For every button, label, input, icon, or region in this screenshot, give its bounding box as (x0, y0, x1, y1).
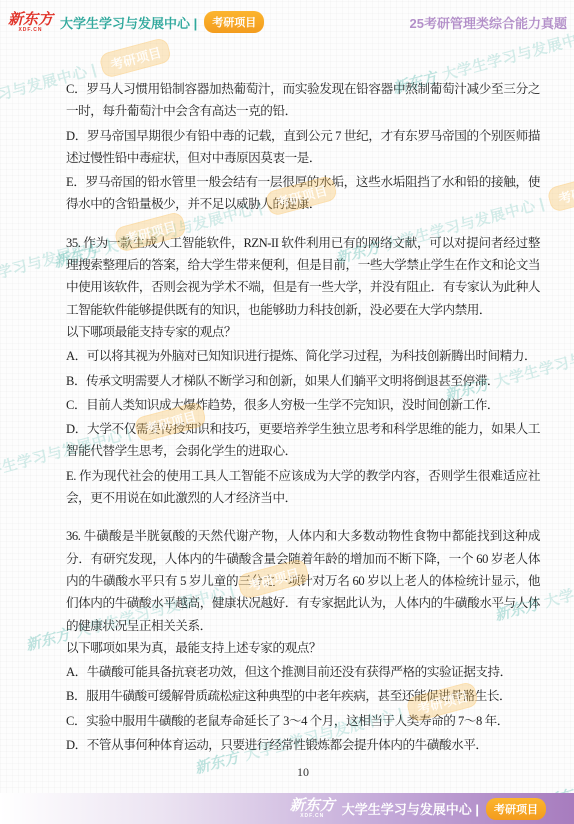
question-stem: 36. 牛磺酸是半胱氨酸的天然代谢产物，人体内和大多数动物性食物中都能找到这种成… (66, 525, 540, 636)
answer-option: E. 作为现代社会的使用工具人工智能不应该成为大学的教学内容，否则学生很难适应社… (66, 465, 540, 510)
answer-option: D．大学不仅需要传授知识和技巧，更要培养学生独立思考和科学思维的能力，如果人工智… (66, 418, 540, 463)
answer-option: B．传承文明需要人才梯队不断学习和创新，如果人们躺平文明将倒退甚至停滞． (66, 370, 540, 392)
xdf-logo-subtext: XDF.CN (300, 814, 324, 819)
answer-option: D．不管从事何种体育运动，只要进行经常性锻炼都会提升体内的牛磺酸水平． (66, 734, 540, 756)
answer-option: A．牛磺酸可能具备抗衰老功效，但这个推测目前还没有获得严格的实验证据支持． (66, 661, 540, 683)
answer-option: C．实验中服用牛磺酸的老鼠寿命延长了 3～4 个月，这相当于人类寿命的 7～8 … (66, 710, 540, 732)
question-stem: 35. 作为一款生成人工智能软件，RZN-II 软件利用已有的网络文献，可以对提… (66, 232, 540, 321)
question-prompt: 以下哪项如果为真，最能支持上述专家的观点？ (66, 637, 540, 659)
question-prompt: 以下哪项最能支持专家的观点？ (66, 321, 540, 343)
footer-org-title: 大学生学习与发展中心 | (342, 799, 479, 818)
header-org-title: 大学生学习与发展中心 | (60, 13, 197, 32)
xdf-logo: 新东方 XDF.CN (8, 12, 53, 33)
xdf-logo-text: 新东方 (290, 798, 335, 813)
xdf-logo-footer: 新东方 XDF.CN (290, 798, 335, 819)
kaoyan-project-badge: 考研项目 (204, 11, 264, 33)
xdf-logo-subtext: XDF.CN (18, 28, 42, 33)
answer-option: C．目前人类知识成大爆炸趋势，很多人穷极一生学不完知识，没时间创新工作． (66, 394, 540, 416)
exam-title: 25考研管理类综合能力真题 (410, 13, 567, 32)
xdf-logo-text: 新东方 (8, 12, 53, 27)
kaoyan-project-badge: 考研项目 (486, 798, 546, 820)
page-number: 10 (66, 765, 540, 780)
answer-option: D．罗马帝国早期很少有铅中毒的记载，直到公元 7 世纪，才有东罗马帝国的个别医师… (66, 125, 540, 170)
answer-option: B．服用牛磺酸可缓解骨质疏松症这种典型的中老年疾病，甚至还能促进骨骼生长． (66, 685, 540, 707)
exam-content: C．罗马人习惯用铅制容器加热葡萄汁，而实验发现在铅容器中熬制葡萄汁减少至三分之一… (66, 76, 540, 756)
answer-option: A．可以将其视为外脑对已知知识进行提炼、简化学习过程，为科技创新腾出时间精力． (66, 345, 540, 367)
answer-option: C．罗马人习惯用铅制容器加热葡萄汁，而实验发现在铅容器中熬制葡萄汁减少至三分之一… (66, 78, 540, 123)
document-page: 新东方 XDF.CN 大学生学习与发展中心 | 考研项目 25考研管理类综合能力… (0, 0, 574, 824)
answer-option: E．罗马帝国的铅水管里一般会结有一层很厚的水垢，这些水垢阻挡了水和铅的接触，使得… (66, 171, 540, 216)
page-header: 新东方 XDF.CN 大学生学习与发展中心 | 考研项目 25考研管理类综合能力… (8, 9, 567, 35)
page-footer: 新东方 XDF.CN 大学生学习与发展中心 | 考研项目 (0, 793, 574, 824)
